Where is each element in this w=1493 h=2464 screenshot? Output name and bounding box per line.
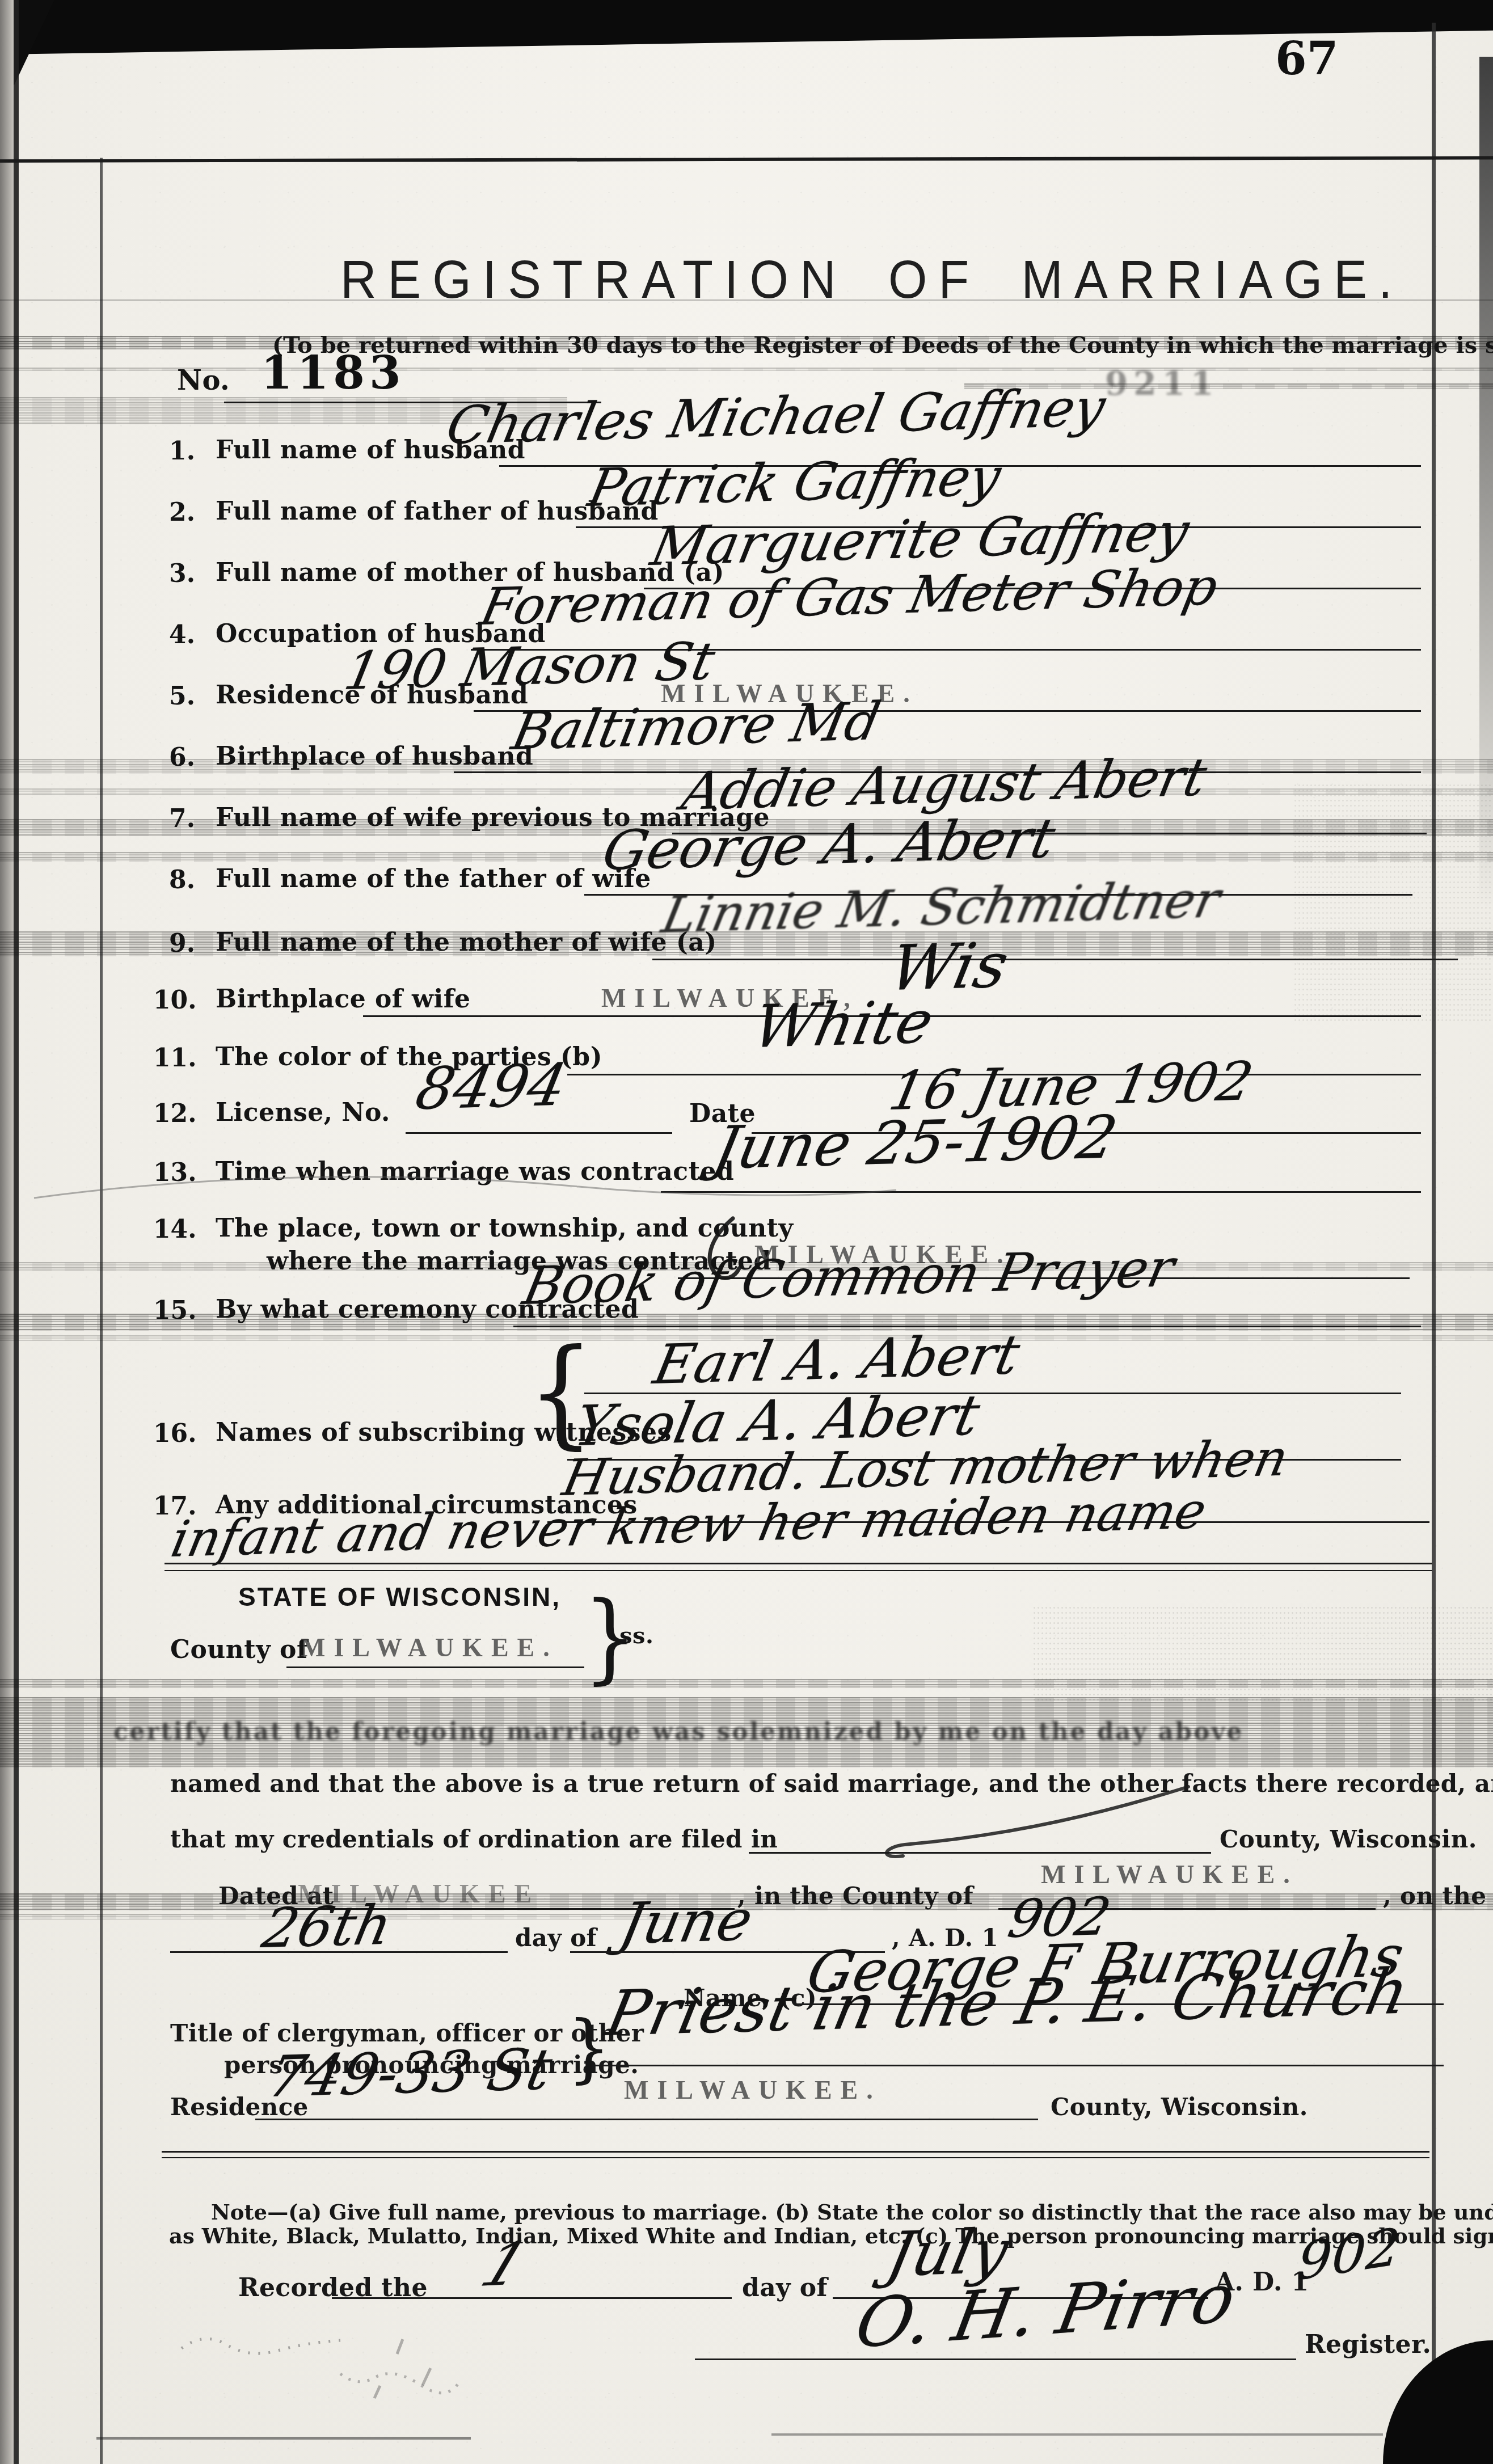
- handwritten-value: Book of Common Prayer: [519, 1242, 1179, 1313]
- record-number-value: 1183: [261, 346, 406, 399]
- row-number: 13.: [153, 1158, 195, 1187]
- scan-streak: [0, 759, 1493, 774]
- milwaukee-stamp: MILWAUKEE.: [1041, 1859, 1298, 1889]
- scan-streak: [0, 788, 1493, 795]
- row-number: 2.: [153, 498, 195, 527]
- ruled-line: [286, 1666, 584, 1668]
- scan-streak: [0, 368, 1493, 371]
- ss-label: ss.: [619, 1623, 653, 1648]
- scan-streak: [0, 336, 1493, 349]
- handwritten-value: Baltimore Md: [508, 695, 884, 758]
- credentials-label: that my credentials of ordination are fi…: [170, 1825, 778, 1853]
- section-divider: [162, 2157, 1429, 2158]
- county-of-label: County of: [170, 1636, 307, 1664]
- section-divider: [162, 2151, 1429, 2153]
- scan-noise-right-mid: [1293, 783, 1493, 1021]
- top-black-scan-bar: [0, 0, 1493, 54]
- row-number: 10.: [153, 986, 195, 1015]
- register-label: Register.: [1305, 2330, 1431, 2359]
- ruled-line: [170, 1951, 508, 1953]
- milwaukee-stamp: MILWAUKEE.: [624, 2075, 882, 2105]
- scan-streak: [0, 1314, 1493, 1331]
- bottom-partial-rule-right: [771, 2433, 1383, 2436]
- field-label: License, No.: [216, 1099, 390, 1126]
- row-number: 3.: [153, 559, 195, 588]
- recorded-day-of-label: day of: [742, 2273, 828, 2302]
- scan-streak: [0, 1262, 1493, 1271]
- scan-streak: [0, 931, 1493, 956]
- top-heavy-rule: [0, 156, 1493, 163]
- scan-streak: [0, 1893, 1493, 1910]
- milwaukee-stamp: MILWAUKEE.: [301, 1632, 558, 1663]
- row-number: 12.: [153, 1099, 195, 1128]
- ruled-line: [749, 1852, 1211, 1854]
- scan-streak: [0, 397, 567, 424]
- ruled-line: [406, 1132, 672, 1134]
- handwritten-value: June 25-1902: [709, 1107, 1122, 1178]
- document-title: REGISTRATION OF MARRIAGE.: [340, 248, 1191, 311]
- pencil-smudge-squiggle-2: [340, 2374, 461, 2393]
- field-label: Full name of the father of wife: [216, 866, 651, 893]
- row-number: 4.: [153, 621, 195, 649]
- state-of-wisconsin: STATE OF WISCONSIN,: [238, 1581, 561, 1612]
- handwritten-residence: 749-33 St: [264, 2041, 556, 2106]
- footnote-line-2: as White, Black, Mulatto, Indian, Mixed …: [169, 2223, 1493, 2248]
- scan-streak: [0, 1335, 1493, 1341]
- scan-streak: [0, 819, 1493, 836]
- row-number: 1.: [153, 437, 195, 466]
- right-edge-dark-strip: [1479, 57, 1493, 908]
- day-of-label: day of: [515, 1924, 597, 1952]
- scan-streak: [964, 383, 1493, 389]
- footnote-line-1: Note—(a) Give full name, previous to mar…: [211, 2200, 1493, 2225]
- handwritten-recorded-year: 902: [1296, 2221, 1402, 2288]
- handwritten-clergy-title: Priest in the P. E. Church: [601, 1960, 1414, 2045]
- scanned-marriage-registration-document: 67 REGISTRATION OF MARRIAGE. (To be retu…: [0, 0, 1493, 2464]
- ruled-line: [165, 1563, 1432, 1564]
- ruled-line: [593, 2065, 1444, 2066]
- handwritten-value: White: [749, 992, 938, 1056]
- scan-streak: [0, 852, 1493, 862]
- row-number: 16.: [153, 1419, 195, 1448]
- pencil-smudge-ticks: [374, 2339, 431, 2398]
- row-number: 8.: [153, 866, 195, 895]
- pencil-smudge-squiggle-1: [182, 2339, 340, 2353]
- credentials-suffix: County, Wisconsin.: [1220, 1825, 1477, 1853]
- ruled-line: [332, 2297, 732, 2299]
- ruled-line: [165, 1570, 1432, 1571]
- illegible-line-smear: [0, 1697, 1493, 1767]
- ruled-line: [652, 959, 1458, 960]
- handwritten-license-number: 8494: [411, 1057, 571, 1119]
- scan-streak: [0, 1679, 1493, 1688]
- row-number: 11.: [153, 1044, 195, 1073]
- scan-streak: [0, 1914, 737, 1919]
- row-number: 5.: [153, 682, 195, 711]
- ruled-line: [695, 2358, 1296, 2360]
- ruled-line: [661, 1191, 1421, 1193]
- county-wisconsin-label: County, Wisconsin.: [1051, 2093, 1308, 2121]
- certification-text-line: named and that the above is a true retur…: [170, 1770, 1493, 1798]
- page-number: 67: [1275, 32, 1338, 85]
- ruled-line: [255, 2119, 1038, 2120]
- field-label: Time when marriage was contracted: [216, 1158, 734, 1185]
- field-label: The place, town or township, and county: [216, 1215, 794, 1242]
- handwritten-value: Patrick Gaffney: [584, 451, 1005, 514]
- bottom-partial-rule-left: [96, 2437, 471, 2440]
- row-number: 14.: [153, 1215, 195, 1244]
- field-label: Birthplace of wife: [216, 986, 471, 1013]
- left-margin-rule: [100, 158, 103, 2464]
